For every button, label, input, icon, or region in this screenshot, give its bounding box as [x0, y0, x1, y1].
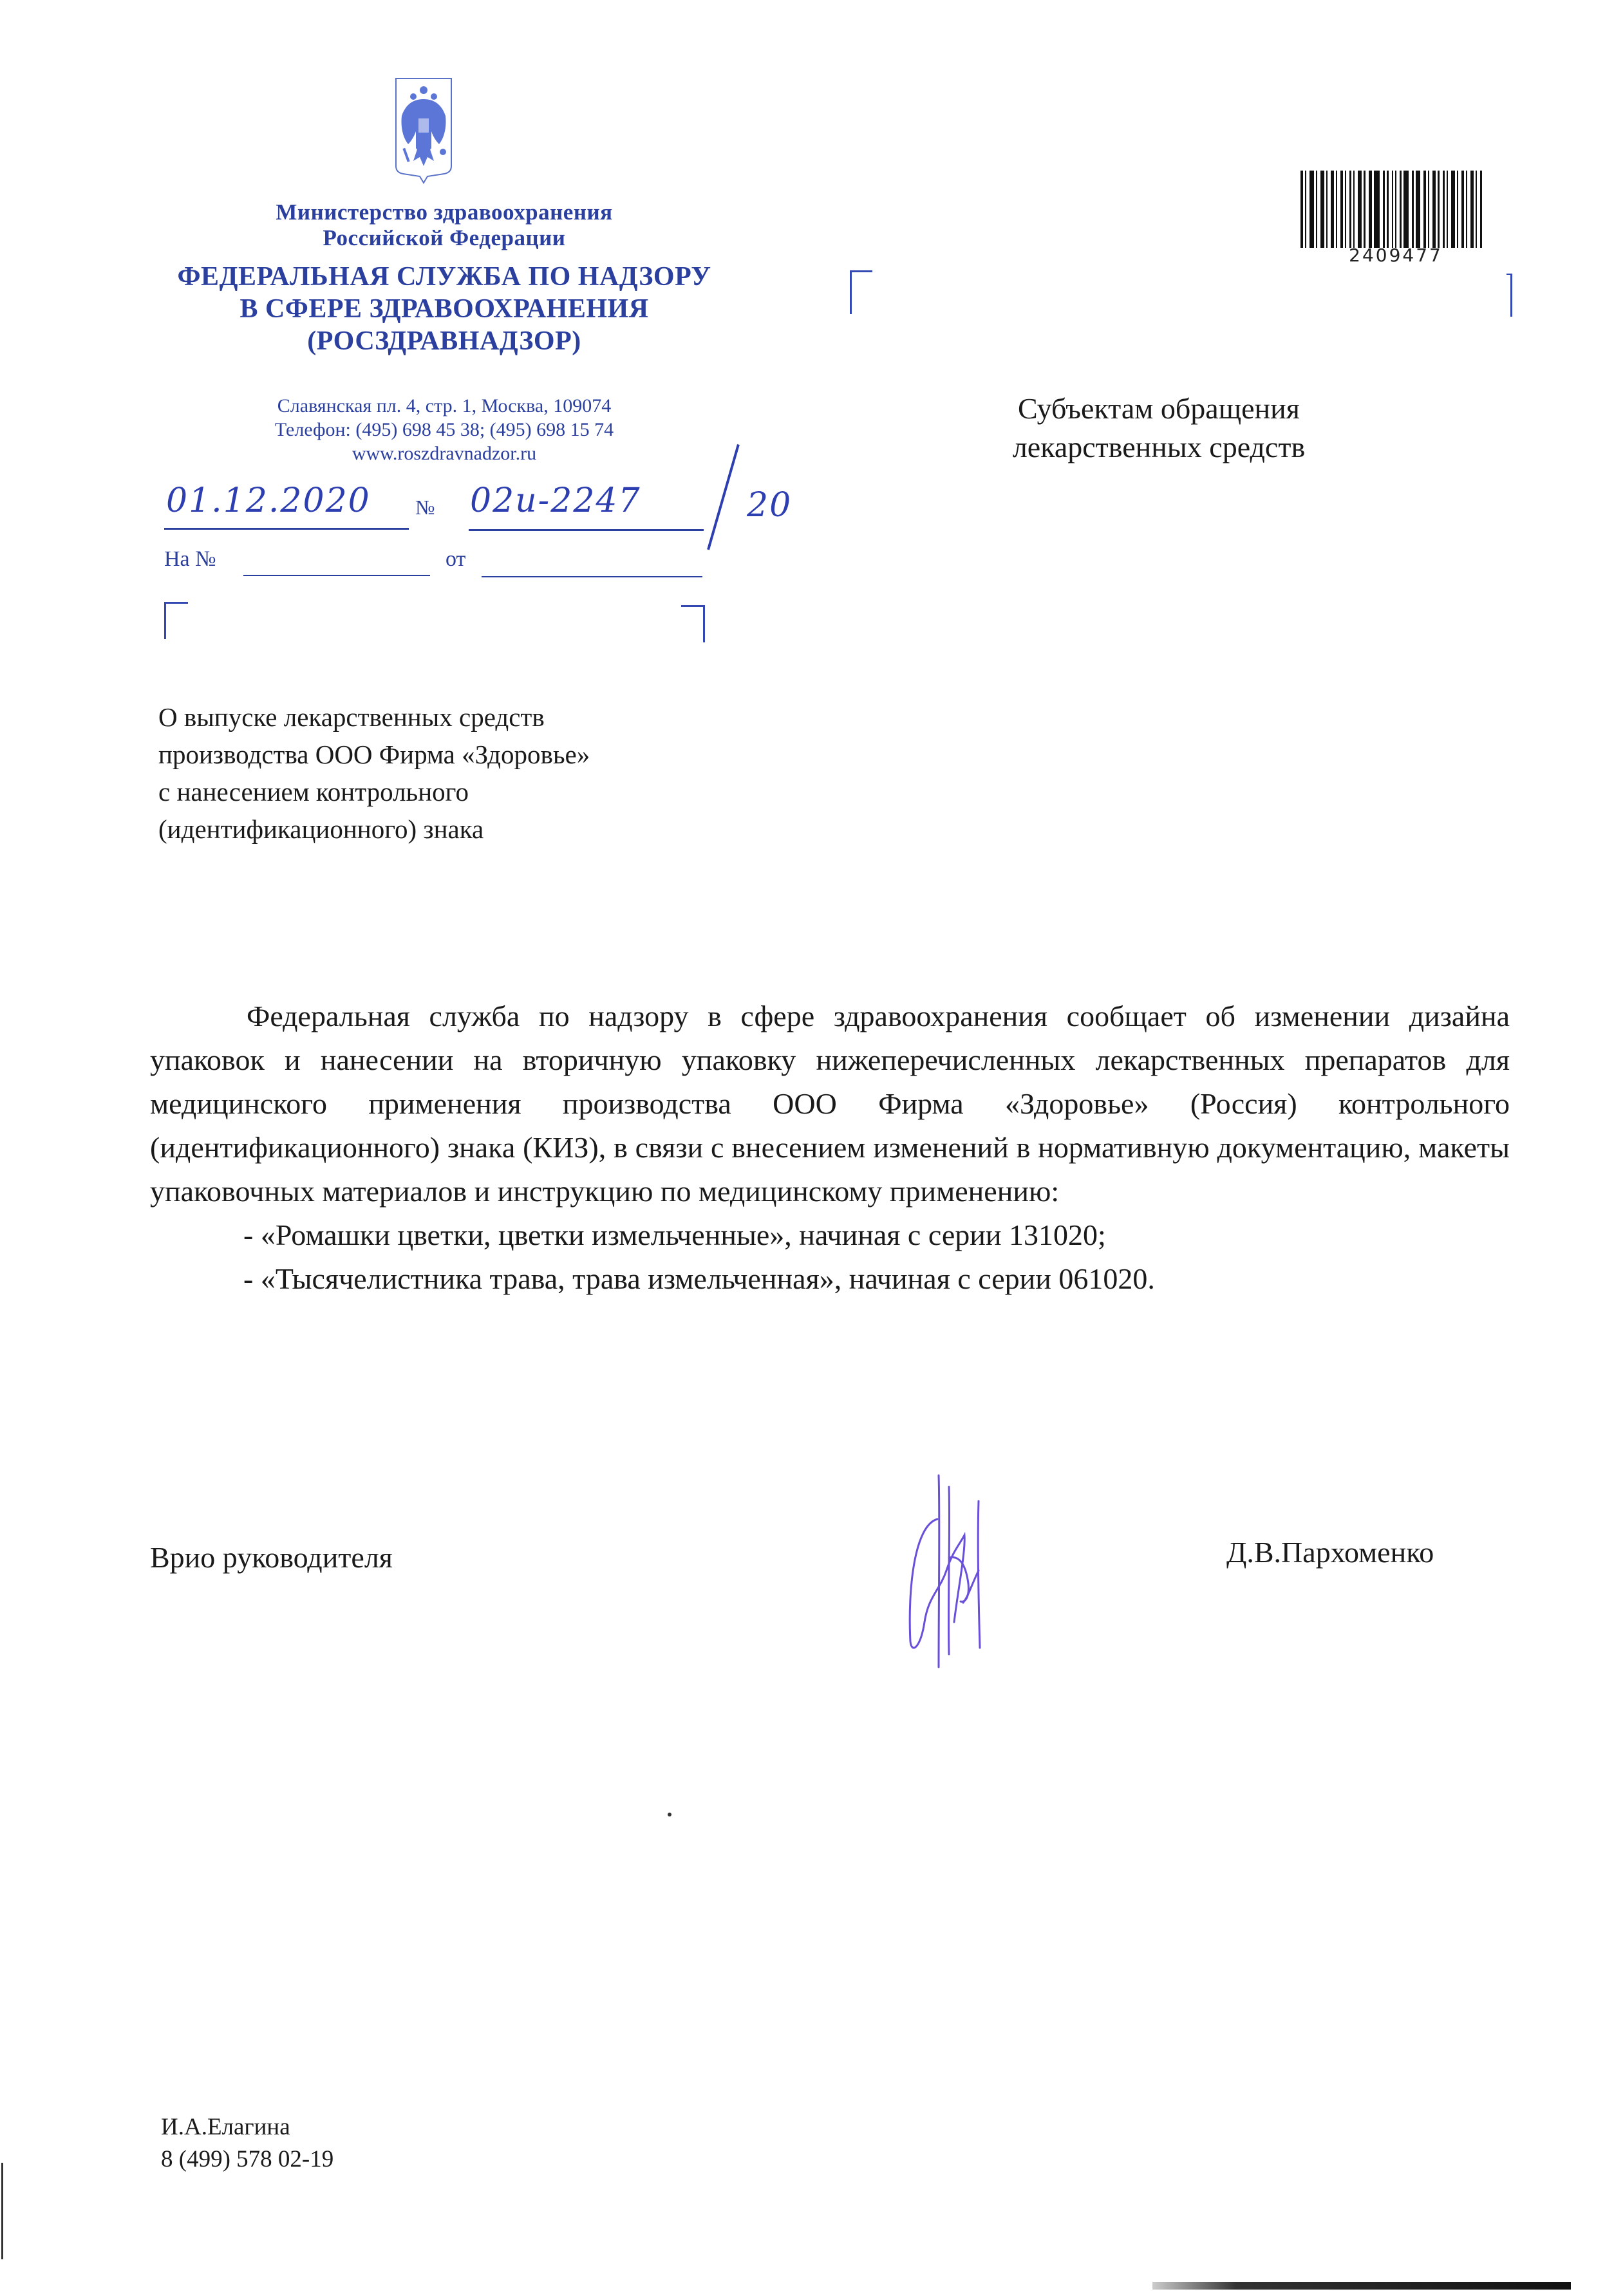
- addressee-bracket-right: [1506, 274, 1512, 317]
- barcode-bar: [1349, 171, 1351, 248]
- barcode-bar: [1383, 171, 1385, 248]
- executor-phone: 8 (499) 578 02-19: [161, 2143, 333, 2176]
- number-sign: №: [415, 496, 435, 519]
- barcode-bar: [1336, 171, 1337, 248]
- barcode: [1300, 171, 1491, 248]
- registration-date: 01.12.2020: [166, 481, 371, 520]
- barcode-bar: [1320, 171, 1324, 248]
- barcode-bar: [1300, 171, 1303, 248]
- subject-bracket-right: [681, 605, 705, 642]
- russian-coat-of-arms-icon: [394, 76, 453, 185]
- barcode-bar: [1331, 171, 1334, 248]
- scan-edge-line: [1, 2163, 3, 2259]
- website-link[interactable]: www.roszdravnadzor.ru: [164, 442, 724, 465]
- barcode-bar: [1403, 171, 1409, 248]
- barcode-bar: [1443, 171, 1445, 248]
- list-item: - «Ромашки цветки, цветки измельченные»,…: [150, 1213, 1510, 1257]
- barcode-bar: [1358, 171, 1362, 248]
- barcode-bar: [1480, 171, 1482, 248]
- executor-block: И.А.Елагина 8 (499) 578 02-19: [161, 2111, 333, 2176]
- signatory-role: Врио руководителя: [150, 1540, 393, 1574]
- barcode-bar: [1470, 171, 1474, 248]
- postal-address: Славянская пл. 4, стр. 1, Москва, 109074: [164, 394, 724, 418]
- barcode-bar: [1423, 171, 1426, 248]
- barcode-bar: [1374, 171, 1380, 248]
- subject-bracket-left: [164, 602, 188, 639]
- ministry-name: Министерство здравоохранения Российской …: [164, 200, 724, 251]
- contact-block: Славянская пл. 4, стр. 1, Москва, 109074…: [164, 394, 724, 465]
- barcode-bar: [1432, 171, 1436, 248]
- barcode-bar: [1476, 171, 1477, 248]
- barcode-bar: [1416, 171, 1420, 248]
- body-paragraph: Федеральная служба по надзору в сфере зд…: [150, 994, 1510, 1213]
- barcode-bar: [1392, 171, 1393, 248]
- addressee-bracket-left: [850, 270, 872, 314]
- barcode-bar: [1305, 171, 1306, 248]
- letter-subject: О выпуске лекарственных средств производ…: [158, 698, 738, 848]
- signature: [901, 1474, 1017, 1680]
- coat-of-arms-emblem: [394, 76, 453, 185]
- signatory-name: Д.В.Пархоменко: [1226, 1535, 1434, 1569]
- registration-suffix: 20: [747, 486, 792, 525]
- barcode-bar: [1364, 171, 1366, 248]
- reference-date-label: от: [446, 547, 465, 572]
- barcode-bar: [1466, 171, 1467, 248]
- barcode-bar: [1345, 171, 1346, 248]
- barcode-bar: [1353, 171, 1355, 248]
- addressee: Субъектам обращения лекарственных средст…: [908, 389, 1410, 467]
- reference-number-field: [243, 575, 430, 576]
- barcode-bar: [1461, 171, 1464, 248]
- executor-name: И.А.Елагина: [161, 2111, 333, 2143]
- barcode-bar: [1387, 171, 1389, 248]
- letter-body: Федеральная служба по надзору в сфере зд…: [150, 994, 1510, 1301]
- list-item: - «Тысячелистника трава, трава измельчен…: [150, 1257, 1510, 1301]
- barcode-bar: [1395, 171, 1396, 248]
- reference-number-label: На №: [164, 547, 216, 572]
- barcode-bar: [1316, 171, 1317, 248]
- handwritten-signature-icon: [901, 1474, 1017, 1680]
- barcode-bar: [1447, 171, 1448, 248]
- barcode-number: 2409477: [1300, 245, 1491, 266]
- barcode-bar: [1309, 171, 1314, 248]
- date-underline: [164, 528, 409, 530]
- registration-number: 02и-2247: [470, 481, 641, 520]
- phone-numbers: Телефон: (495) 698 45 38; (495) 698 15 7…: [164, 418, 724, 442]
- barcode-bar: [1326, 171, 1328, 248]
- number-underline: [469, 529, 704, 531]
- barcode-bar: [1428, 171, 1429, 248]
- barcode-bar: [1412, 171, 1414, 248]
- reference-date-field: [482, 576, 702, 577]
- service-name: ФЕДЕРАЛЬНАЯ СЛУЖБА ПО НАДЗОРУ В СФЕРЕ ЗД…: [164, 261, 724, 357]
- barcode-bar: [1369, 171, 1372, 248]
- barcode-bar: [1400, 171, 1402, 248]
- barcode-bar: [1438, 171, 1440, 248]
- barcode-bar: [1457, 171, 1458, 248]
- barcode-bar: [1340, 171, 1343, 248]
- scan-edge-shadow: [1152, 2282, 1571, 2290]
- barcode-bar: [1451, 171, 1455, 248]
- scan-speck: [668, 1813, 671, 1816]
